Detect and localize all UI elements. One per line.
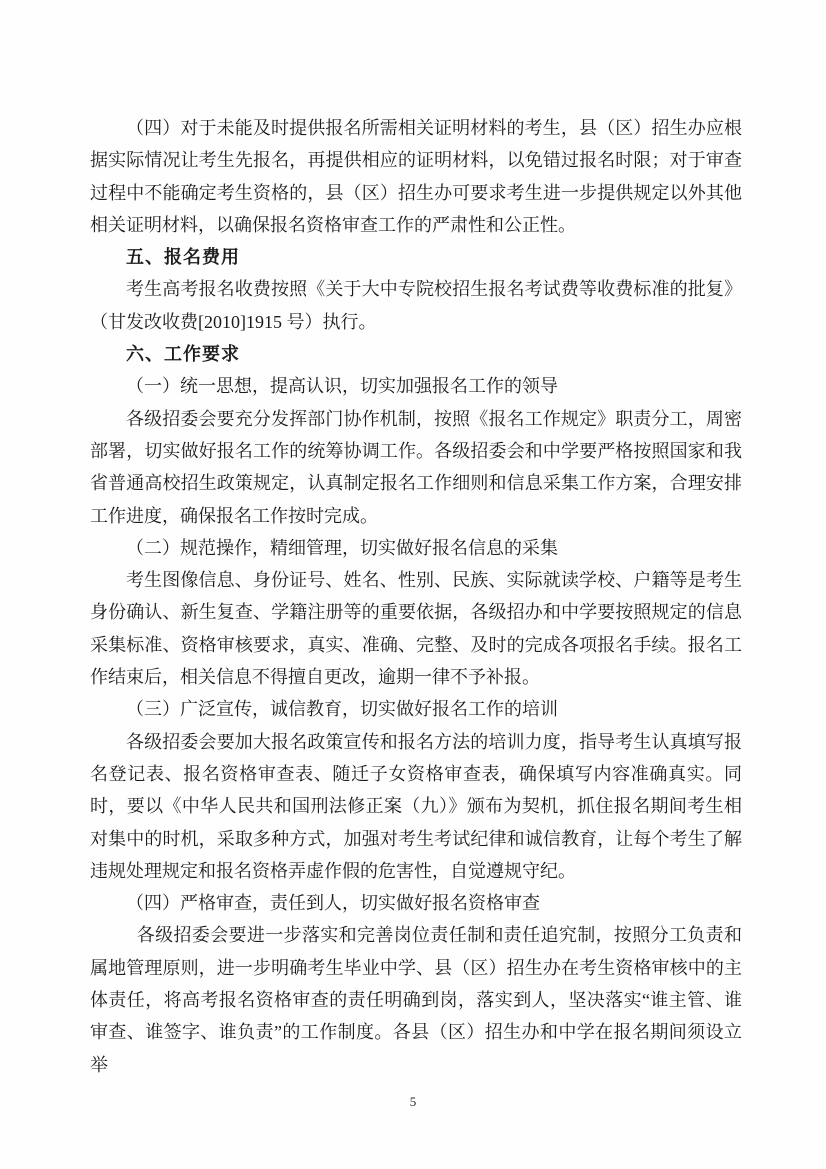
subheading-2-standard-operation: （二）规范操作，精细管理，切实做好报名信息的采集	[90, 532, 742, 564]
paragraph-information-collection: 考生图像信息、身份证号、姓名、性别、民族、实际就读学校、户籍等是考生身份确认、新…	[90, 564, 742, 693]
document-text-block: （四）对于未能及时提供报名所需相关证明材料的考生，县（区）招生办应根据实际情况让…	[90, 112, 742, 1081]
subheading-1-unify-thinking: （一）统一思想，提高认识，切实加强报名工作的领导	[90, 370, 742, 402]
page-number: 5	[0, 1094, 826, 1110]
paragraph-training-publicity: 各级招委会要加大报名政策宣传和报名方法的培训力度，指导考生认真填写报名登记表、报…	[90, 726, 742, 887]
paragraph-responsibility-system: 各级招委会要进一步落实和完善岗位责任制和责任追究制，按照分工负责和属地管理原则，…	[90, 919, 742, 1080]
section-heading-work-requirements: 六、工作要求	[90, 338, 742, 370]
subheading-3-publicity-education: （三）广泛宣传，诚信教育，切实做好报名工作的培训	[90, 693, 742, 725]
document-page: （四）对于未能及时提供报名所需相关证明材料的考生，县（区）招生办应根据实际情况让…	[0, 0, 826, 1169]
section-heading-registration-fee: 五、报名费用	[90, 241, 742, 273]
paragraph-fee-standard: 考生高考报名收费按照《关于大中专院校招生报名考试费等收费标准的批复》（甘发改收费…	[90, 273, 742, 338]
subheading-4-strict-review: （四）严格审查，责任到人，切实做好报名资格审查	[90, 887, 742, 919]
paragraph-coordination: 各级招委会要充分发挥部门协作机制，按照《报名工作规定》职责分工，周密部署，切实做…	[90, 403, 742, 532]
paragraph-item4-certificates: （四）对于未能及时提供报名所需相关证明材料的考生，县（区）招生办应根据实际情况让…	[90, 112, 742, 241]
